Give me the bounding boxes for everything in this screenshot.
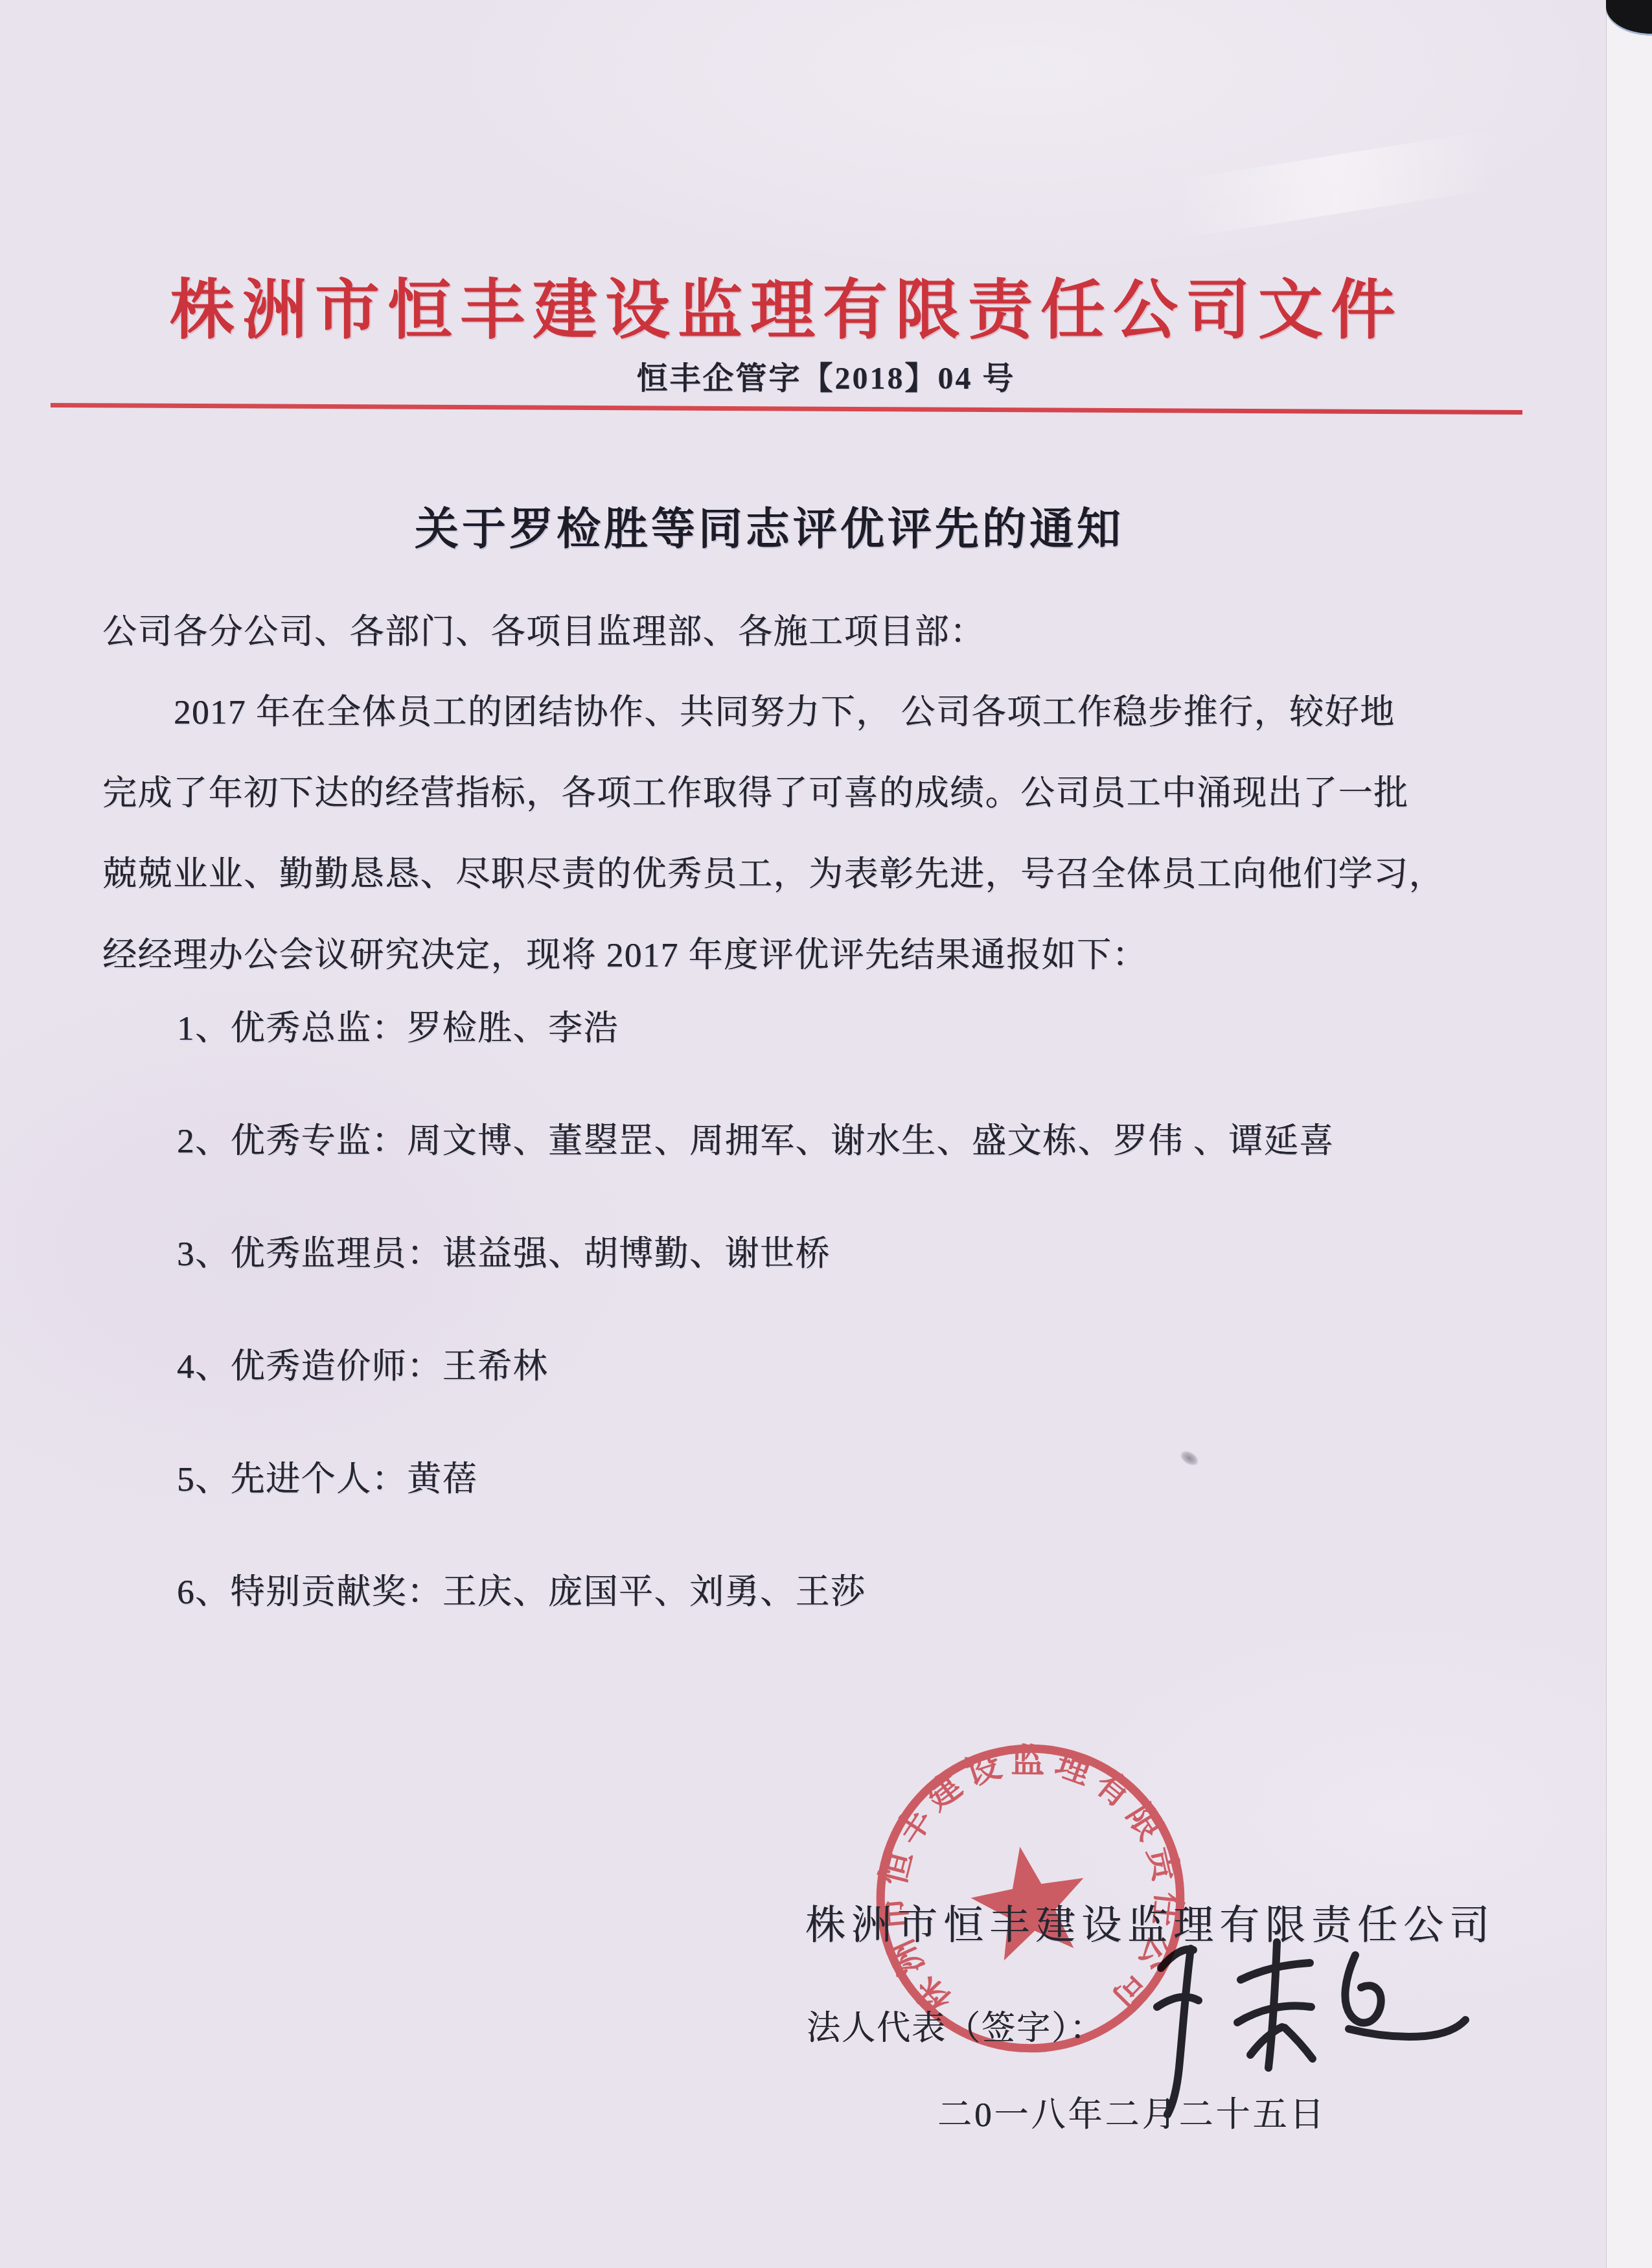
scanner-edge-strip	[1606, 0, 1652, 2268]
award-item-4: 4、优秀造价师：王希林	[177, 1339, 548, 1388]
body-line: 兢兢业业、勤勤恳恳、尽职尽责的优秀员工，为表彰先进，号召全体员工向他们学习，	[102, 847, 1444, 896]
ink-speck	[932, 639, 939, 647]
paper-crease	[1068, 114, 1601, 255]
body-line: 完成了年初下达的经营指标，各项工作取得了可喜的成绩。公司员工中涌现出了一批	[102, 766, 1409, 815]
notice-title: 关于罗检胜等同志评优评先的通知	[415, 494, 1192, 557]
document-number: 恒丰企管字【2018】04 号	[0, 353, 1652, 398]
closing-company-name: 株洲市恒丰建设监理有限责任公司	[805, 1893, 1495, 1951]
ink-smudge	[1173, 1444, 1205, 1472]
award-item-2: 2、优秀专监：周文博、董曌罡、周拥军、谢水生、盛文栋、罗伟 、谭延喜	[177, 1114, 1335, 1163]
salutation-line: 公司各分公司、各部门、各项目监理部、各施工项目部：	[102, 604, 985, 654]
document-date: 二0一八年二月二十五日	[937, 2087, 1327, 2136]
body-line: 经经理办公会议研究决定，现将 2017 年度评优评先结果通报如下：	[102, 928, 1147, 977]
award-item-6: 6、特别贡献奖：王庆、庞国平、刘勇、王莎	[177, 1564, 866, 1614]
award-item-3: 3、优秀监理员：谌益强、胡博勤、谢世桥	[177, 1226, 831, 1276]
legal-representative-label: 法人代表（签字）：	[807, 2000, 1105, 2049]
letterhead-title: 株洲市恒丰建设监理有限责任公司文件	[170, 258, 1485, 351]
red-separator-rule	[51, 403, 1522, 415]
body-line: 2017 年在全体员工的团结协作、共同努力下， 公司各项工作稳步推行，较好地	[174, 685, 1395, 734]
award-item-1: 1、优秀总监：罗检胜、李浩	[177, 1001, 619, 1050]
scanned-document-page: 株洲市恒丰建设监理有限责任公司文件 恒丰企管字【2018】04 号 关于罗检胜等…	[0, 0, 1652, 2268]
award-item-5: 5、先进个人：黄蓓	[177, 1452, 477, 1501]
